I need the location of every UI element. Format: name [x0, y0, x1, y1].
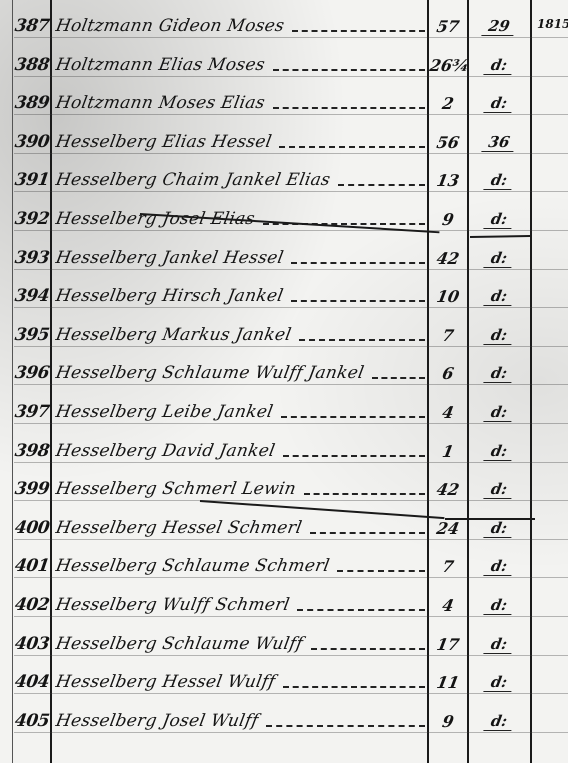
entry-age: 24 [428, 519, 467, 538]
leader-dashes [299, 339, 425, 341]
row-rule [14, 346, 568, 347]
table-row: 404Hesselberg Hessel Wulff11d: [0, 660, 568, 698]
entry-age: 10 [428, 287, 467, 306]
entry-ditto: d: [468, 94, 529, 113]
row-rule [14, 577, 568, 578]
row-rule [14, 153, 568, 154]
entry-age: 26¾ [428, 56, 467, 75]
entry-number: 404 [14, 672, 53, 692]
table-row: 402Hesselberg Wulff Schmerl4d: [0, 583, 568, 621]
entry-ditto-value: d: [483, 596, 514, 615]
entry-ditto: d: [468, 480, 529, 499]
entry-ditto: 36 [468, 133, 529, 152]
entry-name: Hesselberg David Jankel [54, 441, 276, 461]
table-row: 403Hesselberg Schlaume Wulff17d: [0, 622, 568, 660]
entry-number: 387 [14, 16, 53, 36]
entry-age: 56 [428, 133, 467, 152]
table-row: 401Hesselberg Schlaume Schmerl7d: [0, 544, 568, 582]
entry-name: Hesselberg Schmerl Lewin [54, 479, 297, 499]
leader-dashes [291, 262, 425, 264]
table-row: 405Hesselberg Josel Wulff9d: [0, 699, 568, 737]
entry-name: Hesselberg Hessel Wulff [54, 672, 277, 692]
entry-ditto-value: d: [483, 403, 514, 422]
row-rule [14, 114, 568, 115]
table-row: 396Hesselberg Schlaume Wulff Jankel6d: [0, 351, 568, 389]
entry-ditto: d: [468, 596, 529, 615]
entry-ditto-value: d: [483, 635, 514, 654]
entry-ditto-value: 36 [481, 133, 517, 152]
entry-ditto: d: [468, 171, 529, 190]
entry-name: Hesselberg Josel Wulff [54, 711, 260, 731]
table-row: 400Hesselberg Hessel Schmerl24d: [0, 506, 568, 544]
entry-number: 388 [14, 55, 53, 75]
table-row: 387Holtzmann Gideon Moses5729 [0, 4, 568, 42]
entry-ditto: d: [468, 557, 529, 576]
row-rule [14, 693, 568, 694]
entry-ditto-value: d: [483, 712, 514, 731]
table-row: 397Hesselberg Leibe Jankel4d: [0, 390, 568, 428]
entry-ditto: d: [468, 403, 529, 422]
table-row: 395Hesselberg Markus Jankel7d: [0, 313, 568, 351]
leader-dashes [338, 184, 425, 186]
entry-ditto: d: [468, 326, 529, 345]
register-page: 1815 387Holtzmann Gideon Moses5729388Hol… [0, 0, 568, 763]
row-rule [14, 76, 568, 77]
table-row: 391Hesselberg Chaim Jankel Elias13d: [0, 158, 568, 196]
entry-ditto: d: [468, 364, 529, 383]
table-row: 392Hesselberg Josel Elias9d: [0, 197, 568, 235]
entry-number: 391 [14, 170, 53, 190]
table-row: 394Hesselberg Hirsch Jankel10d: [0, 274, 568, 312]
leader-dashes [291, 300, 425, 302]
entry-name: Hesselberg Hirsch Jankel [54, 286, 285, 306]
entry-number: 398 [14, 441, 53, 461]
entry-age: 7 [428, 557, 467, 576]
entry-age: 57 [428, 17, 467, 36]
entry-number: 403 [14, 634, 53, 654]
row-rule [14, 655, 568, 656]
entry-number: 395 [14, 325, 53, 345]
table-row: 399Hesselberg Schmerl Lewin42d: [0, 467, 568, 505]
entry-name: Hesselberg Schlaume Schmerl [54, 556, 331, 576]
leader-dashes [283, 455, 425, 457]
entry-ditto: d: [468, 673, 529, 692]
entry-ditto-value: d: [483, 249, 514, 268]
entry-ditto-value: 29 [481, 17, 517, 36]
entry-number: 393 [14, 248, 53, 268]
entry-name: Hesselberg Markus Jankel [54, 325, 293, 345]
entry-ditto: d: [468, 712, 529, 731]
entry-name: Holtzmann Moses Elias [54, 93, 266, 113]
entry-number: 389 [14, 93, 53, 113]
entry-number: 402 [14, 595, 53, 615]
entry-ditto-value: d: [483, 171, 514, 190]
leader-dashes [281, 416, 425, 418]
leader-dashes [283, 686, 425, 688]
entry-age: 11 [428, 673, 467, 692]
entry-name: Hesselberg Schlaume Wulff [54, 634, 304, 654]
entry-age: 17 [428, 635, 467, 654]
entry-age: 4 [428, 596, 467, 615]
entry-ditto-value: d: [483, 673, 514, 692]
entry-age: 2 [428, 94, 467, 113]
row-rule [14, 269, 568, 270]
entry-ditto-value: d: [483, 480, 514, 499]
family-separator-line [445, 518, 535, 520]
entry-ditto: d: [468, 442, 529, 461]
leader-dashes [273, 107, 425, 109]
entry-ditto-value: d: [483, 210, 514, 229]
row-rule [14, 307, 568, 308]
entry-number: 405 [14, 711, 53, 731]
table-row: 393Hesselberg Jankel Hessel42d: [0, 236, 568, 274]
entry-number: 396 [14, 363, 53, 383]
entry-age: 1 [428, 442, 467, 461]
entry-name: Hesselberg Elias Hessel [54, 132, 273, 152]
row-rule [14, 500, 568, 501]
entry-ditto-value: d: [483, 364, 514, 383]
entry-age: 7 [428, 326, 467, 345]
leader-dashes [279, 146, 425, 148]
entry-name: Holtzmann Gideon Moses [54, 16, 286, 36]
entry-ditto-value: d: [483, 519, 514, 538]
entry-number: 400 [14, 518, 53, 538]
entry-ditto: d: [468, 287, 529, 306]
row-rule [14, 616, 568, 617]
entry-ditto-value: d: [483, 56, 514, 75]
entry-ditto-value: d: [483, 442, 514, 461]
entry-number: 401 [14, 556, 53, 576]
entry-ditto-value: d: [483, 326, 514, 345]
entry-ditto: d: [468, 635, 529, 654]
entry-name: Holtzmann Elias Moses [54, 55, 266, 75]
entry-ditto-value: d: [483, 287, 514, 306]
table-row: 398Hesselberg David Jankel1d: [0, 429, 568, 467]
row-rule [14, 539, 568, 540]
row-rule [14, 423, 568, 424]
leader-dashes [273, 69, 425, 71]
row-rule [14, 191, 568, 192]
leader-dashes [372, 377, 425, 379]
entry-age: 9 [428, 712, 467, 731]
leader-dashes [310, 532, 425, 534]
row-rule [14, 462, 568, 463]
table-row: 390Hesselberg Elias Hessel5636 [0, 120, 568, 158]
entry-ditto-value: d: [483, 94, 514, 113]
entry-age: 13 [428, 171, 467, 190]
row-rule [14, 37, 568, 38]
entry-age: 6 [428, 364, 467, 383]
entry-ditto: d: [468, 519, 529, 538]
entry-ditto: d: [468, 210, 529, 229]
entry-ditto-value: d: [483, 557, 514, 576]
leader-dashes [304, 493, 425, 495]
entry-number: 397 [14, 402, 53, 422]
entry-age: 42 [428, 249, 467, 268]
table-row: 389Holtzmann Moses Elias2d: [0, 81, 568, 119]
entry-name: Hesselberg Schlaume Wulff Jankel [54, 363, 365, 383]
row-rule [14, 732, 568, 733]
table-row: 388Holtzmann Elias Moses26¾d: [0, 43, 568, 81]
entry-name: Hesselberg Hessel Schmerl [54, 518, 303, 538]
entry-ditto: d: [468, 56, 529, 75]
entry-name: Hesselberg Chaim Jankel Elias [54, 170, 332, 190]
entry-name: Hesselberg Jankel Hessel [54, 248, 285, 268]
entry-number: 399 [14, 479, 53, 499]
entry-age: 42 [428, 480, 467, 499]
leader-dashes [311, 648, 425, 650]
entry-name: Hesselberg Leibe Jankel [54, 402, 274, 422]
entry-ditto: d: [468, 249, 529, 268]
entry-number: 394 [14, 286, 53, 306]
row-rule [14, 230, 568, 231]
entry-number: 390 [14, 132, 53, 152]
leader-dashes [292, 30, 425, 32]
leader-dashes [297, 609, 425, 611]
leader-dashes [266, 725, 425, 727]
entry-ditto: 29 [468, 17, 529, 36]
entry-age: 4 [428, 403, 467, 422]
entry-number: 392 [14, 209, 53, 229]
row-rule [14, 384, 568, 385]
leader-dashes [337, 570, 425, 572]
entry-age: 9 [428, 210, 467, 229]
entry-name: Hesselberg Wulff Schmerl [54, 595, 291, 615]
